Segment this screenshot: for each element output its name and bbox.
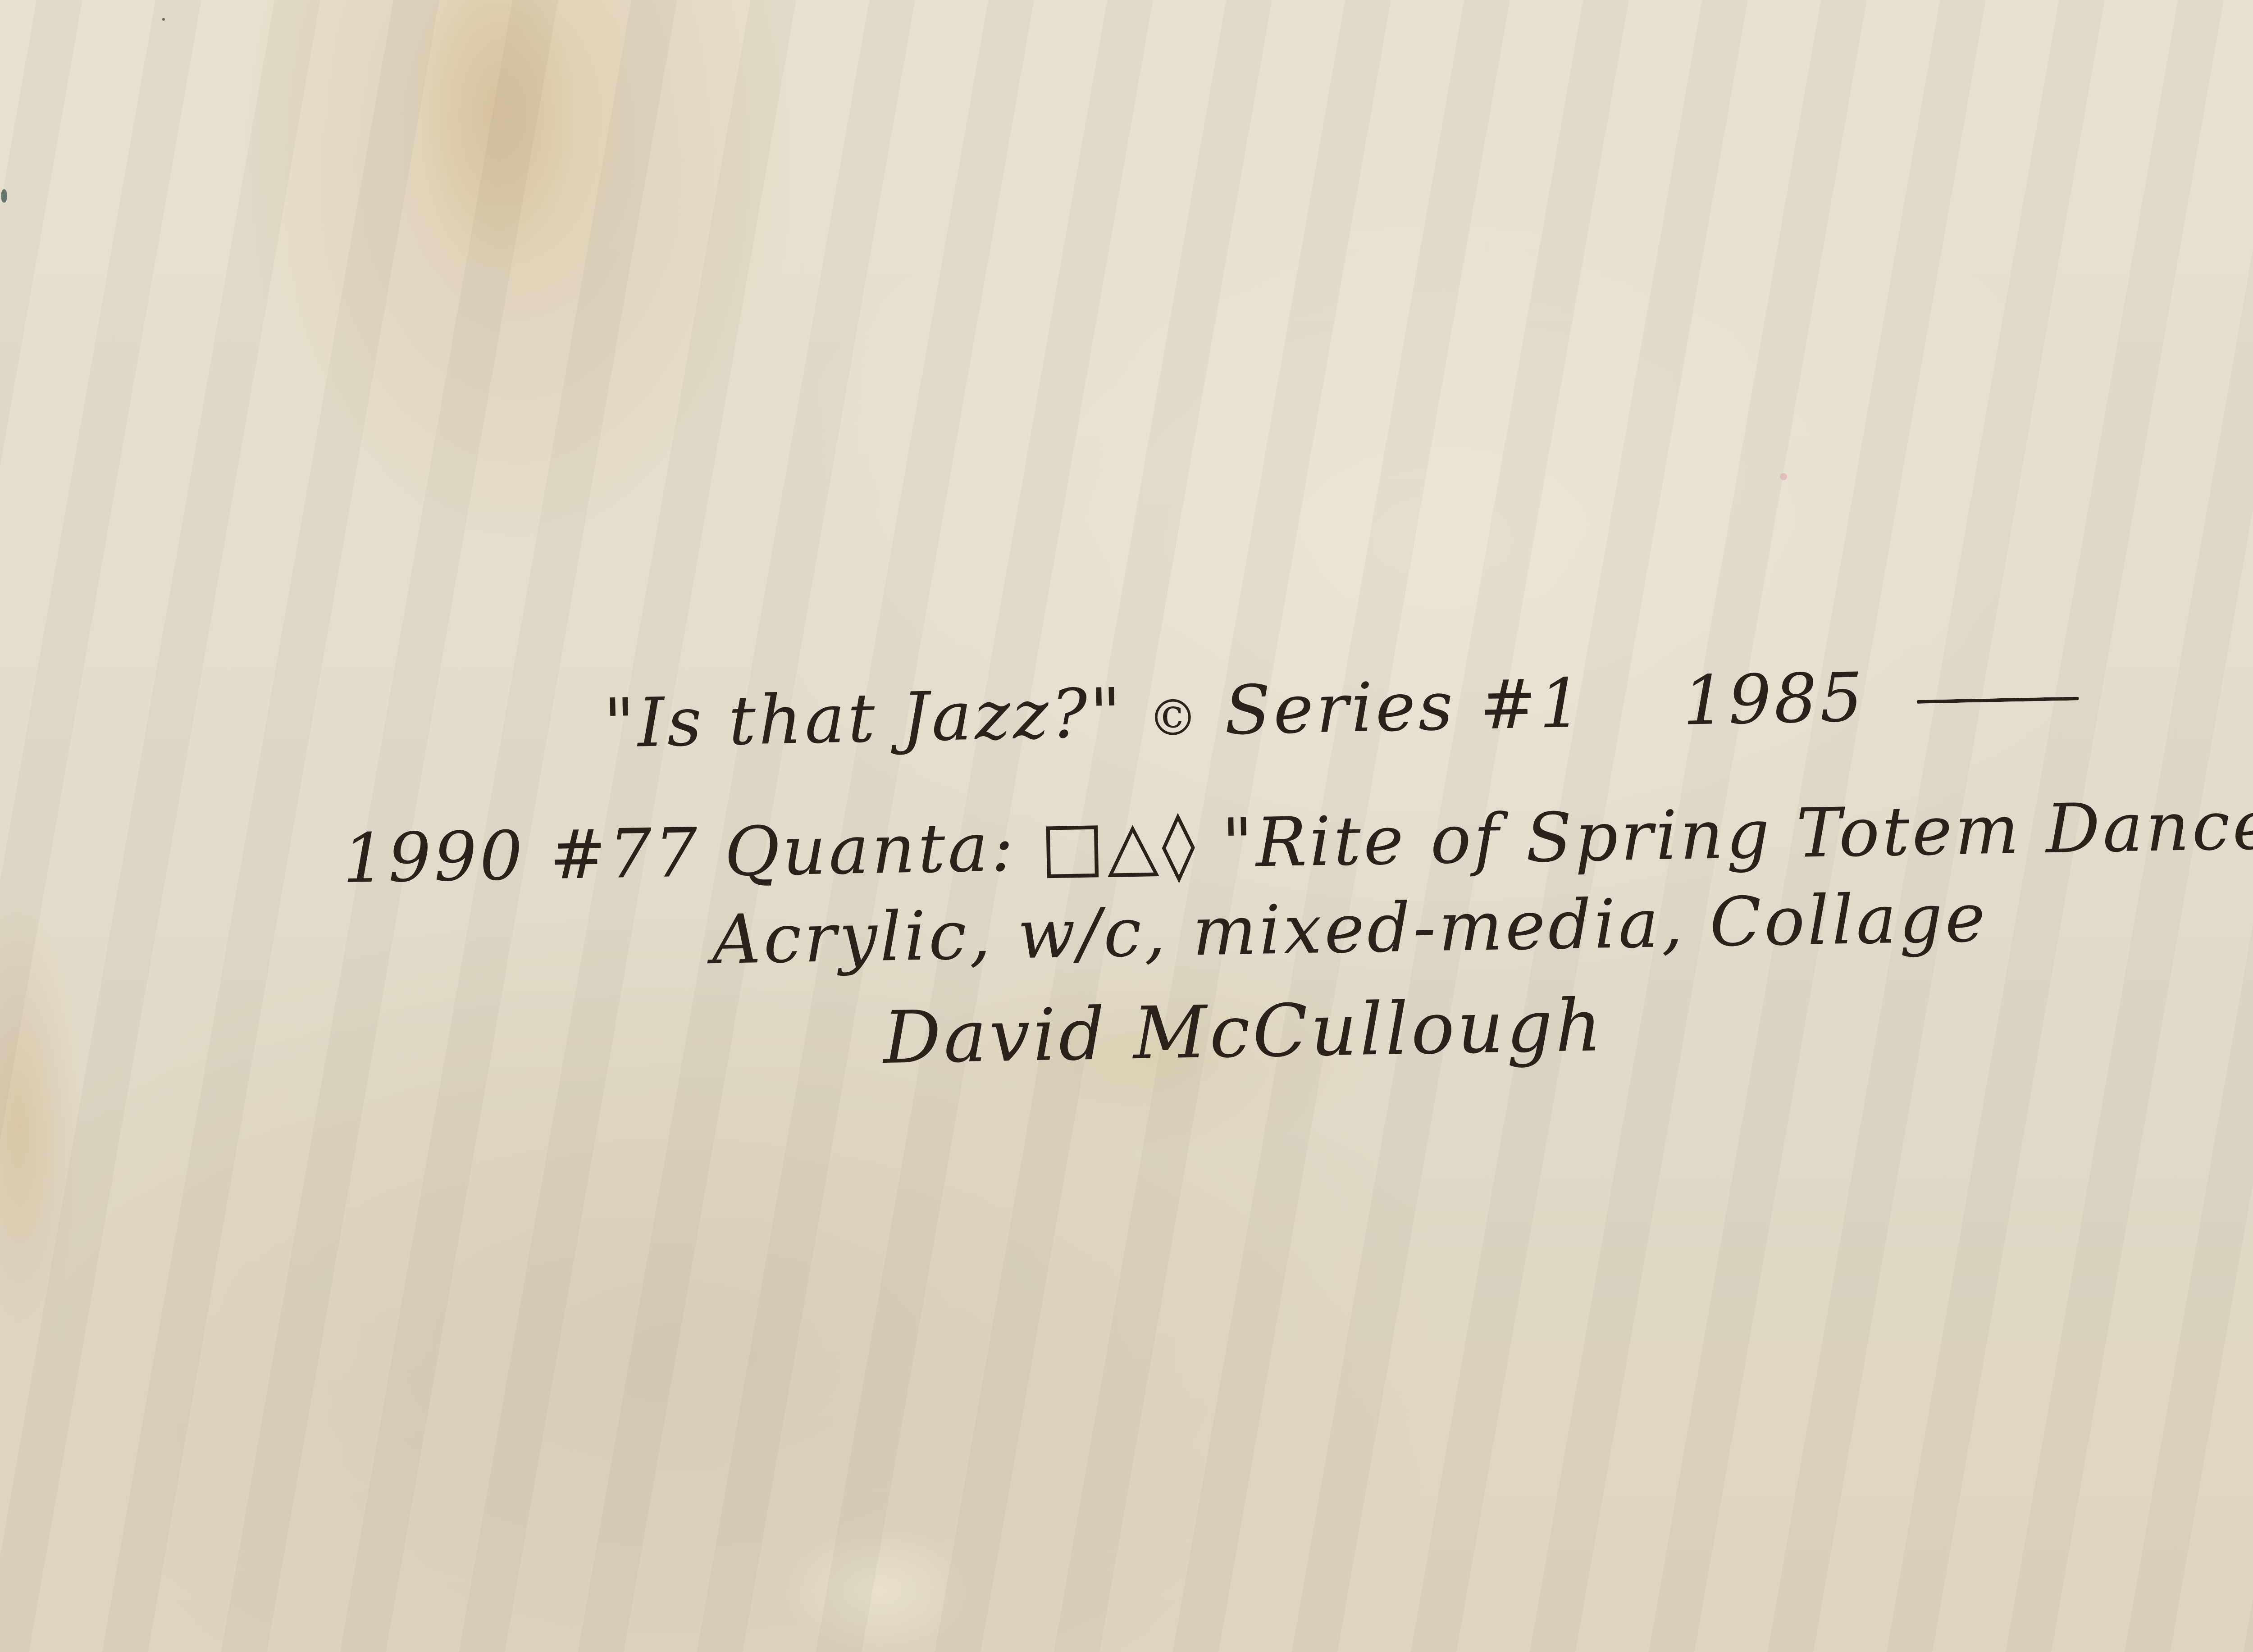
spot-mark: [162, 18, 165, 21]
artist-signature: David McCullough: [882, 983, 1605, 1080]
pink-mark: [1780, 473, 1787, 480]
series-label: Series #1: [1223, 664, 1585, 750]
dash-mark: [1917, 697, 2079, 704]
year-label: 1985: [1682, 658, 1866, 740]
green-ink-mark: [1, 189, 7, 203]
artwork-title: "Is that Jazz?": [603, 674, 1125, 763]
copyright-symbol: ©: [1148, 688, 1201, 747]
